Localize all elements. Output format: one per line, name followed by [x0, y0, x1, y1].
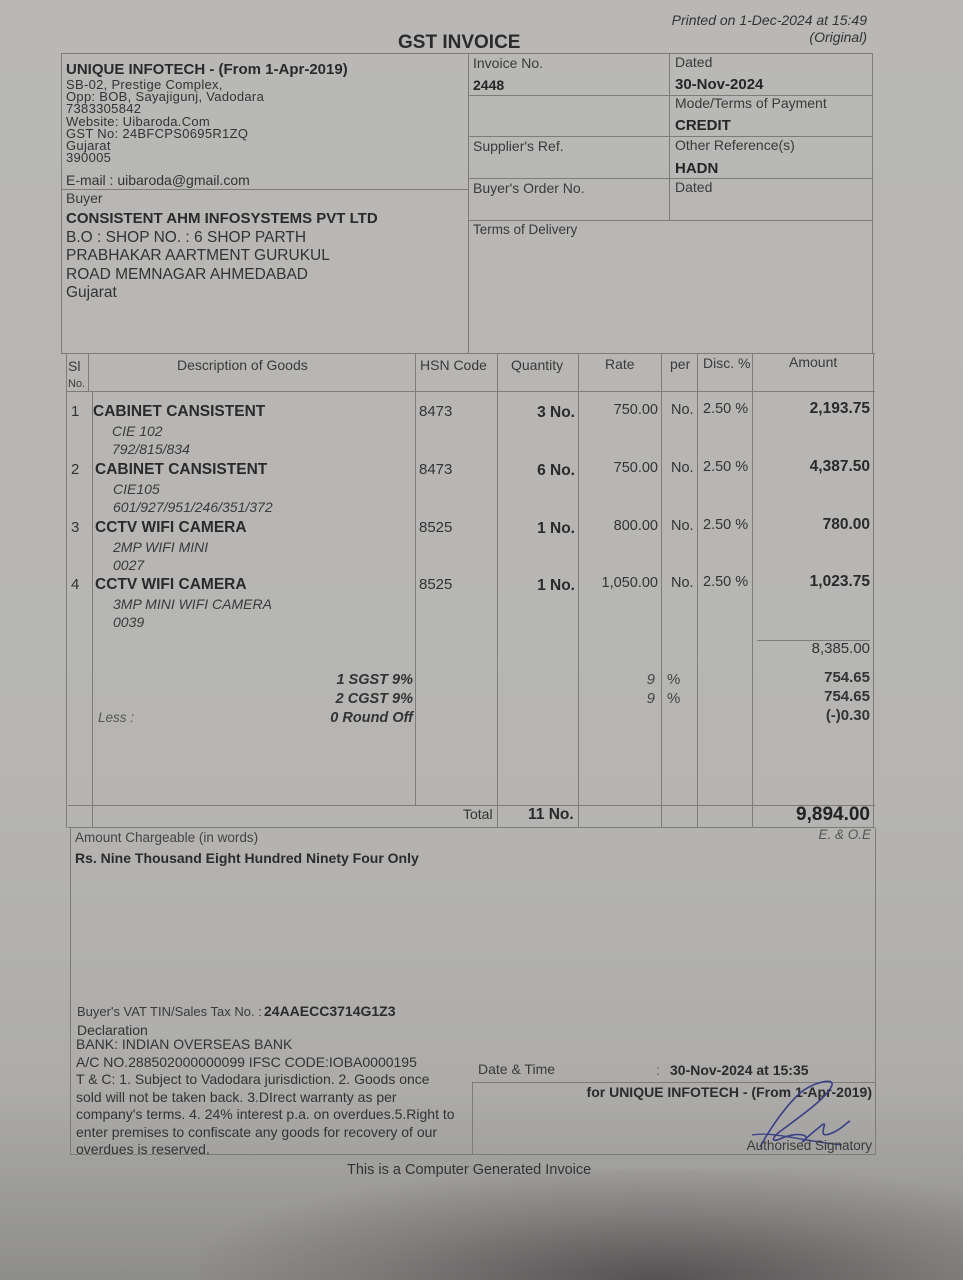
- tax-rate-cgst: 9: [647, 690, 655, 707]
- header-quantity: Quantity: [511, 357, 563, 373]
- order-dated-label: Dated: [675, 179, 712, 195]
- round-off-label: 0 Round Off: [330, 710, 413, 726]
- invoice-no: 2448: [473, 77, 504, 93]
- header-rate: Rate: [605, 356, 635, 372]
- row-per: No.: [671, 460, 694, 476]
- amount-in-words: Rs. Nine Thousand Eight Hundred Ninety F…: [75, 850, 419, 866]
- row-disc: 2.50 %: [703, 517, 748, 533]
- row-sl: 3: [71, 519, 79, 536]
- row-sl: 1: [71, 403, 79, 420]
- header-description: Description of Goods: [177, 357, 308, 373]
- row-per: No.: [671, 402, 694, 418]
- row-rate: 750.00: [614, 460, 658, 476]
- sig-left: [472, 1082, 473, 1154]
- header-hsn: HSN Code: [420, 357, 487, 373]
- col-line-rate: [661, 353, 662, 828]
- row-amount: 2,193.75: [810, 400, 870, 418]
- other-ref-label: Other Reference(s): [675, 137, 795, 153]
- row-quantity: 1 No.: [537, 577, 575, 595]
- col-line-hsn: [497, 353, 498, 828]
- subtotal-amount: 8,385.00: [812, 640, 870, 657]
- other-ref: HADN: [675, 160, 718, 177]
- header-sl: Sl: [68, 358, 80, 374]
- row-rate: 800.00: [614, 518, 658, 534]
- footer-left: [70, 828, 71, 1154]
- row-description: CABINET CANSISTENT: [95, 461, 267, 479]
- copy-type: (Original): [672, 29, 867, 46]
- row-serials: 0039: [113, 614, 144, 630]
- footer-right: [875, 828, 876, 1154]
- col-line-sl-header: [88, 353, 89, 391]
- round-off-amount: (-)0.30: [826, 707, 870, 724]
- declaration: BANK: INDIAN OVERSEAS BANK A/C NO.288502…: [76, 1036, 456, 1159]
- buyer-label: Buyer: [66, 190, 103, 206]
- row-hsn: 8525: [419, 519, 452, 536]
- seller-address: SB-02, Prestige Complex, Opp: BOB, Sayaj…: [66, 79, 264, 164]
- row-serials: 792/815/834: [112, 441, 190, 457]
- buyer-state: Gujarat: [66, 284, 330, 302]
- row-hsn: 8473: [419, 403, 452, 420]
- computer-generated-note: This is a Computer Generated Invoice: [347, 1162, 591, 1178]
- seller-email: E-mail : uibaroda@gmail.com: [66, 172, 250, 188]
- row-quantity: 1 No.: [537, 520, 575, 538]
- row-hsn: 8473: [419, 461, 452, 478]
- row-hsn: 8525: [419, 576, 452, 593]
- terms-and-conditions: T & C: 1. Subject to Vadodara jurisdicti…: [76, 1071, 456, 1159]
- eoe: E. & O.E: [818, 827, 871, 842]
- authorised-signatory: Authorised Signatory: [747, 1138, 872, 1153]
- row-model: 2MP WIFI MINI: [113, 539, 208, 555]
- tax-amount-cgst: 754.65: [824, 688, 870, 705]
- header-no: No.: [68, 378, 85, 390]
- row-quantity: 3 No.: [537, 404, 575, 422]
- frame-mid-vertical: [468, 53, 469, 353]
- buyer-tin-label: Buyer's VAT TIN/Sales Tax No. :: [77, 1004, 262, 1019]
- frame-right-top: [872, 53, 873, 353]
- buyer-address-line: PRABHAKAR AARTMENT GURUKUL: [66, 247, 330, 265]
- bank-account: A/C NO.288502000000099 IFSC CODE:IOBA000…: [76, 1054, 456, 1072]
- row-amount: 1,023.75: [810, 573, 870, 591]
- tax-label-sgst: 1 SGST 9%: [336, 672, 413, 688]
- row-description: CCTV WIFI CAMERA: [95, 519, 247, 537]
- buyer-address-line: B.O : SHOP NO. : 6 SHOP PARTH: [66, 229, 330, 247]
- buyer-tin: 24AAECC3714G1Z3: [264, 1003, 396, 1019]
- seller-name: UNIQUE INFOTECH - (From 1-Apr-2019): [66, 61, 348, 78]
- row-disc: 2.50 %: [703, 574, 748, 590]
- delivery-terms-label: Terms of Delivery: [473, 222, 577, 237]
- header-per: per: [670, 356, 690, 372]
- tax-amount-sgst: 754.65: [824, 669, 870, 686]
- supplier-ref-label: Supplier's Ref.: [473, 138, 564, 154]
- total-amount: 9,894.00: [796, 804, 870, 826]
- row-serials: 601/927/951/246/351/372: [113, 499, 273, 515]
- row-amount: 780.00: [823, 516, 870, 534]
- meta-row-4: [468, 220, 872, 221]
- meta-row-2: [468, 136, 872, 137]
- tax-rate-sgst: 9: [647, 671, 655, 688]
- frame-left-top: [61, 53, 62, 353]
- table-header-bottom: [66, 391, 875, 392]
- frame-top: [61, 53, 872, 54]
- seller-buyer-divider: [61, 189, 468, 190]
- col-line-left: [66, 353, 67, 828]
- dated-label: Dated: [675, 54, 712, 70]
- row-disc: 2.50 %: [703, 401, 748, 417]
- row-description: CCTV WIFI CAMERA: [95, 576, 247, 594]
- page-shadow: [200, 1170, 963, 1280]
- row-model: CIE105: [113, 481, 160, 497]
- tax-per-sgst: %: [667, 671, 680, 688]
- invoice-title: GST INVOICE: [398, 32, 520, 54]
- payment-terms-label: Mode/Terms of Payment: [675, 95, 827, 111]
- buyer-address-line: ROAD MEMNAGAR AHMEDABAD: [66, 266, 330, 284]
- row-model: 3MP MINI WIFI CAMERA: [113, 596, 272, 612]
- seller-pincode: 390005: [66, 152, 264, 164]
- buyer-address: B.O : SHOP NO. : 6 SHOP PARTH PRABHAKAR …: [66, 229, 330, 302]
- tax-per-cgst: %: [667, 690, 680, 707]
- buyer-order-label: Buyer's Order No.: [473, 180, 585, 196]
- row-disc: 2.50 %: [703, 459, 748, 475]
- payment-terms: CREDIT: [675, 117, 731, 134]
- row-amount: 4,387.50: [810, 458, 870, 476]
- col-line-per: [697, 353, 698, 828]
- row-model: CIE 102: [112, 423, 163, 439]
- date-time-label: Date & Time: [478, 1061, 555, 1077]
- col-line-disc: [752, 353, 753, 828]
- row-quantity: 6 No.: [537, 462, 575, 480]
- total-row-bottom: [68, 827, 875, 828]
- total-quantity: 11 No.: [528, 806, 574, 824]
- row-rate: 750.00: [614, 402, 658, 418]
- printed-on: Printed on 1-Dec-2024 at 15:49: [672, 12, 867, 29]
- amount-words-label: Amount Chargeable (in words): [75, 830, 258, 845]
- meta-row-3: [468, 178, 872, 179]
- row-sl: 4: [71, 576, 79, 593]
- row-rate: 1,050.00: [602, 575, 658, 591]
- row-per: No.: [671, 518, 694, 534]
- total-label: Total: [463, 806, 493, 822]
- date-time-sep: :: [656, 1062, 660, 1078]
- bank-name: BANK: INDIAN OVERSEAS BANK: [76, 1036, 456, 1054]
- header-amount: Amount: [789, 354, 837, 370]
- invoice-no-label: Invoice No.: [473, 55, 543, 71]
- col-line-qty: [578, 353, 579, 828]
- buyer-name: CONSISTENT AHM INFOSYSTEMS PVT LTD: [66, 210, 378, 227]
- tax-label-cgst: 2 CGST 9%: [336, 691, 413, 707]
- invoice-date: 30-Nov-2024: [675, 76, 763, 93]
- header-disc: Disc. %: [703, 355, 750, 371]
- col-line-desc: [415, 353, 416, 806]
- row-sl: 2: [71, 461, 79, 478]
- col-line-right: [873, 353, 874, 828]
- printed-info: Printed on 1-Dec-2024 at 15:49 (Original…: [672, 12, 867, 46]
- row-serials: 0027: [113, 557, 144, 573]
- less-label: Less :: [98, 710, 134, 725]
- col-line-sl: [92, 391, 93, 828]
- row-description: CABINET CANSISTENT: [93, 403, 265, 421]
- row-per: No.: [671, 575, 694, 591]
